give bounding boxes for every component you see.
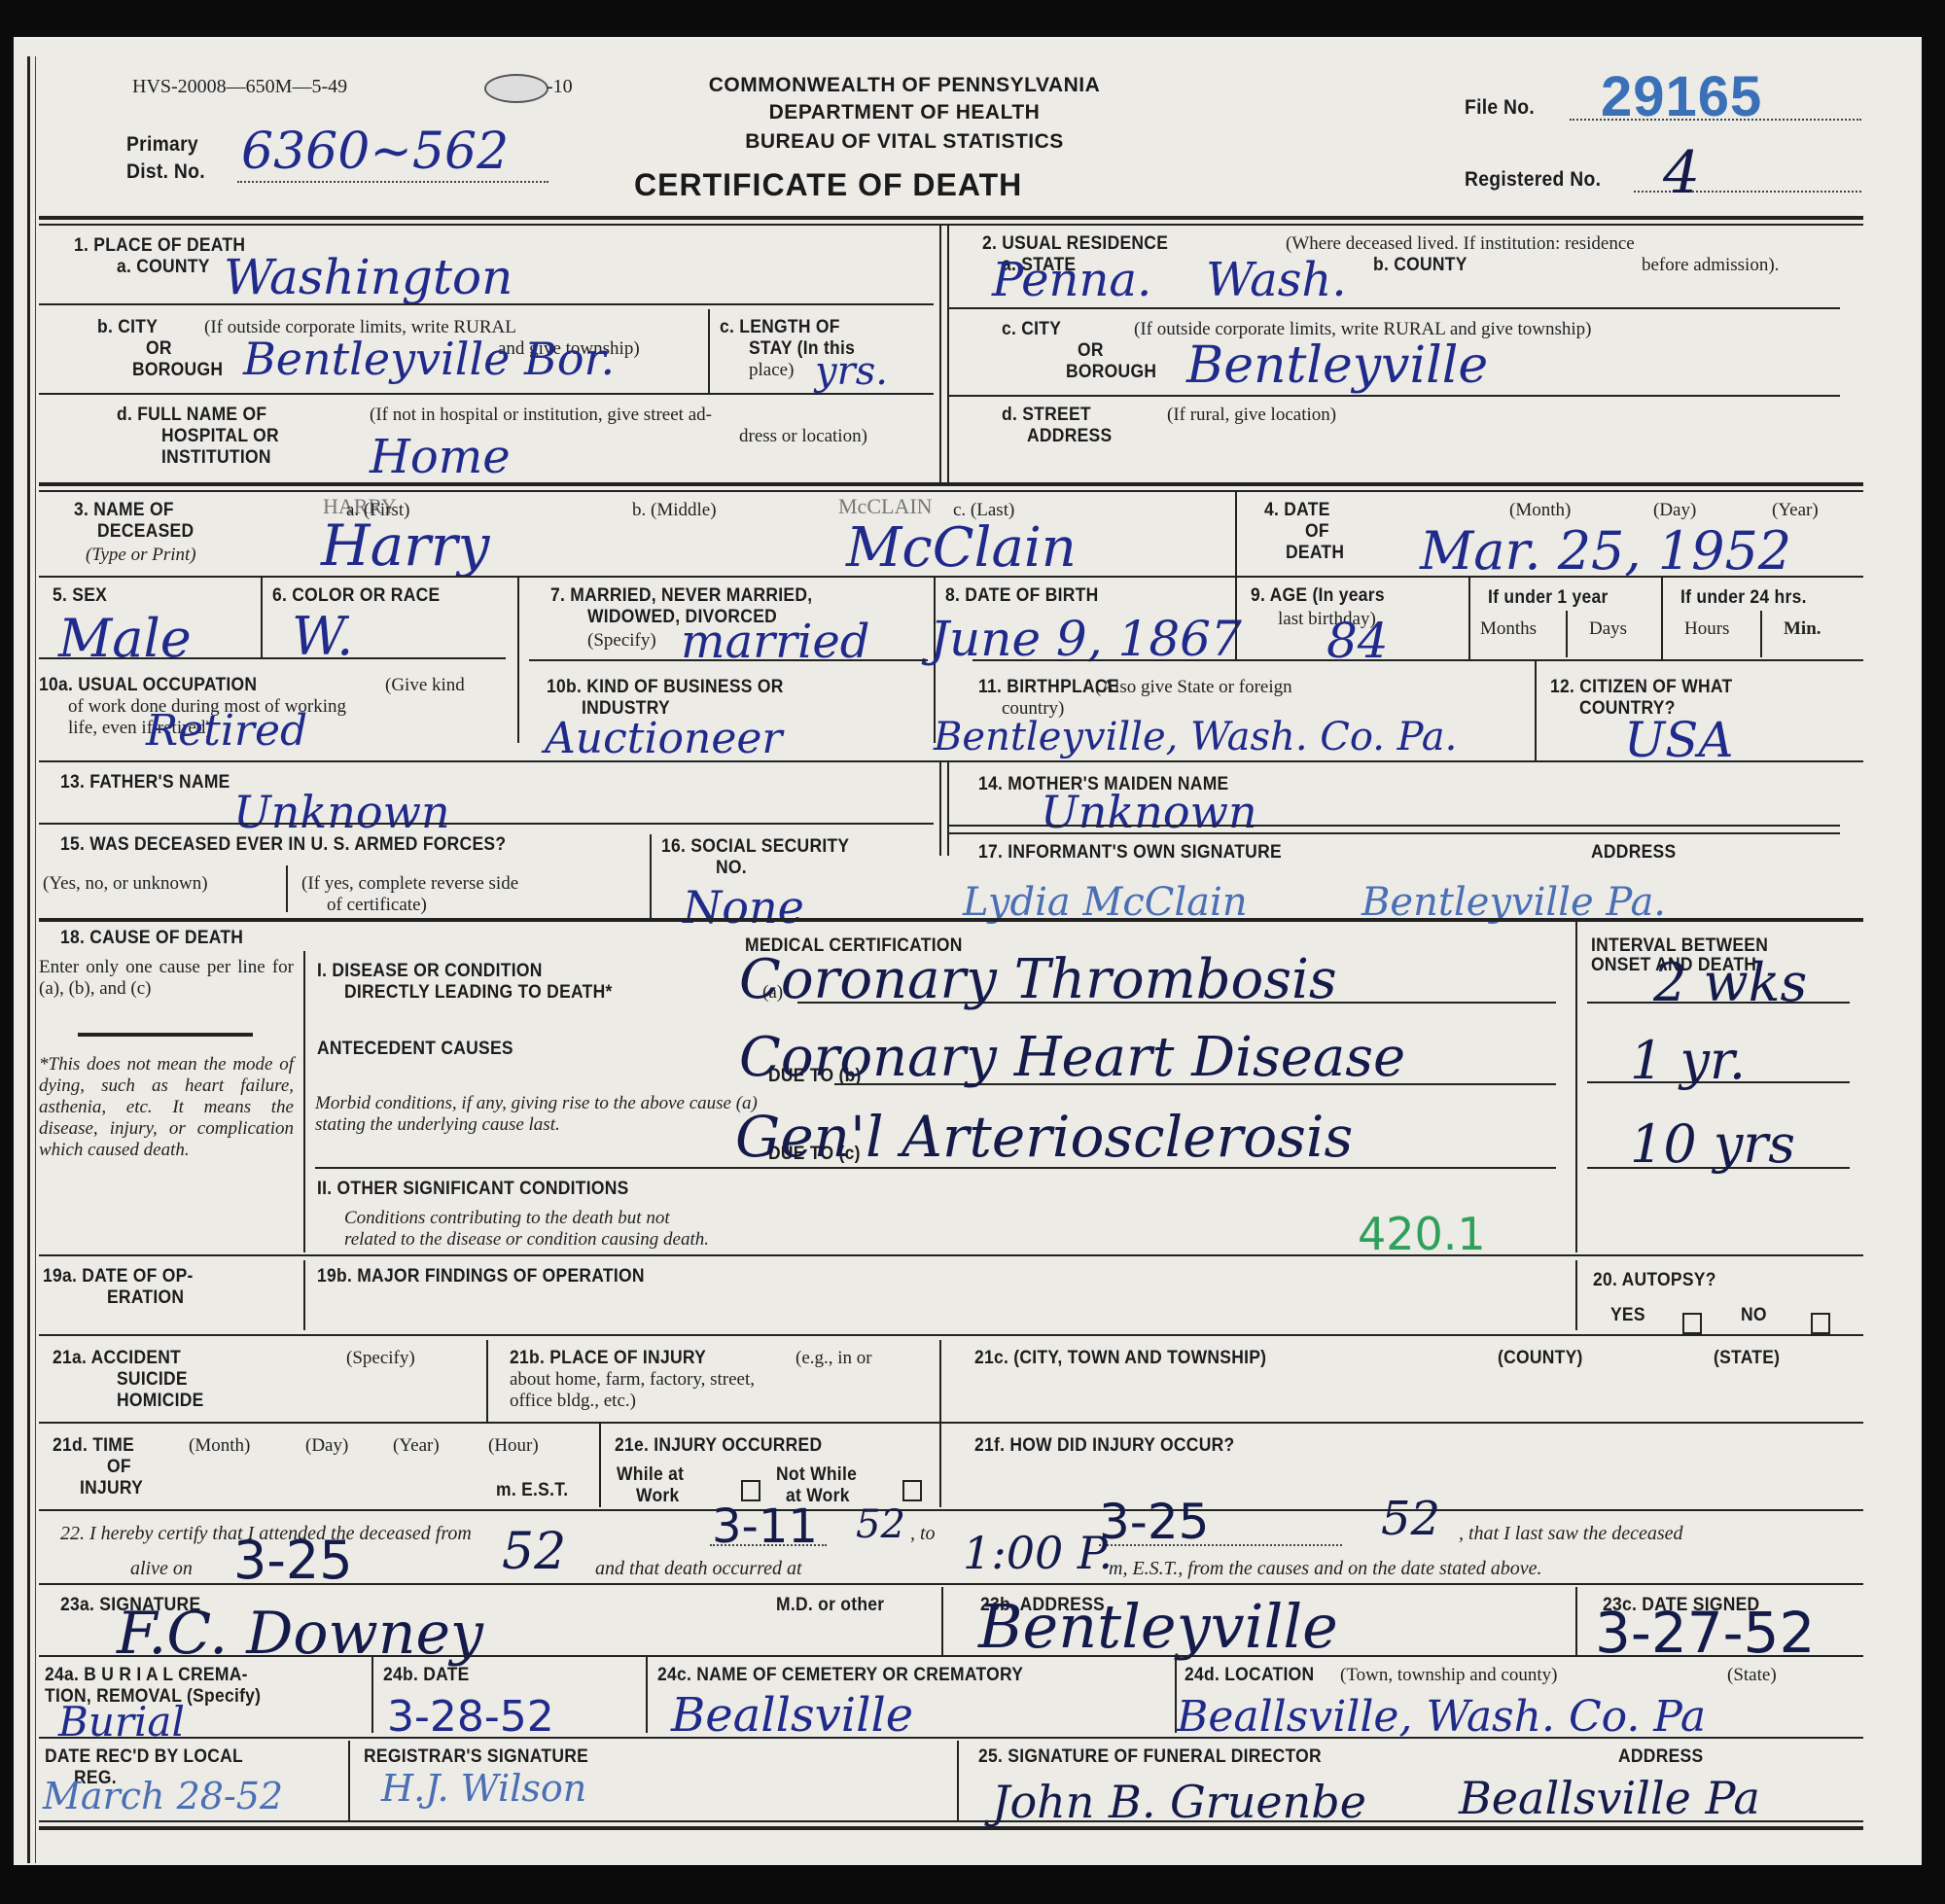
- rule: [949, 307, 1840, 309]
- res-county-label: b. COUNTY: [1373, 255, 1468, 276]
- left-border-inner: [35, 56, 36, 1863]
- marital-specify-label: (Specify): [587, 630, 656, 652]
- marital-label: 7. MARRIED, NEVER MARRIED,: [550, 585, 812, 607]
- date-received-label: DATE REC'D BY LOCAL: [45, 1746, 243, 1768]
- rule: [39, 823, 934, 825]
- operation-findings-label: 19b. MAJOR FINDINGS OF OPERATION: [317, 1266, 645, 1287]
- rule: [949, 395, 1840, 397]
- stay-label-3: place): [749, 360, 794, 381]
- antecedent-label: ANTECEDENT CAUSES: [317, 1039, 513, 1060]
- location-note: (Town, township and county): [1340, 1665, 1557, 1686]
- divider: [708, 309, 710, 393]
- father-label: 13. FATHER'S NAME: [60, 772, 230, 793]
- hospital-value: Home: [370, 434, 511, 480]
- alive-on-text: alive on: [130, 1558, 193, 1579]
- birth-date-label: 8. DATE OF BIRTH: [945, 585, 1099, 607]
- occupation-note: (Give kind: [385, 675, 465, 696]
- date-of-death-label-2: OF: [1305, 521, 1329, 543]
- operation-date-label: 19a. DATE OF OP-: [43, 1266, 194, 1287]
- under-1-year-label: If under 1 year: [1488, 587, 1609, 609]
- cause-label: 18. CAUSE OF DEATH: [60, 928, 243, 949]
- cert-to-text: , to: [910, 1523, 936, 1544]
- injury-time-label-3: INJURY: [80, 1478, 143, 1499]
- burial-type-label: 24a. B U R I A L CREMA-: [45, 1665, 248, 1686]
- ssn-label-2: NO.: [716, 858, 747, 879]
- attended-from-value: 3-11: [712, 1503, 818, 1550]
- cert-line-2-end: m, E.S.T., from the causes and on the da…: [1109, 1558, 1542, 1579]
- divider: [1235, 492, 1237, 578]
- injury-type-label-2: SUICIDE: [117, 1369, 188, 1391]
- divider: [646, 1657, 648, 1733]
- rule: [39, 1820, 1863, 1822]
- hospital-note: (If not in hospital or institution, give…: [370, 405, 712, 426]
- sex-label: 5. SEX: [53, 585, 107, 607]
- residence-note-2: before admission).: [1642, 255, 1779, 276]
- dist-underline: [237, 181, 548, 183]
- res-or-label: OR: [1078, 340, 1104, 362]
- injury-specify-label: (Specify): [346, 1348, 415, 1369]
- place-of-death-label: 1. PLACE OF DEATH: [74, 235, 245, 257]
- father-value: Unknown: [233, 790, 450, 834]
- registrar-signature-label: REGISTRAR'S SIGNATURE: [364, 1746, 588, 1768]
- name-label: 3. NAME OF: [74, 500, 174, 521]
- divider: [939, 226, 941, 484]
- first-name-value: Harry: [321, 517, 489, 574]
- age-value: 84: [1326, 617, 1389, 665]
- rule: [39, 576, 1863, 578]
- date-of-death-value: Mar. 25, 1952: [1420, 525, 1791, 578]
- injury-county-label: (COUNTY): [1498, 1348, 1583, 1369]
- registered-label: Registered No.: [1465, 169, 1601, 191]
- divider: [371, 1657, 373, 1733]
- section-ii-note: Conditions contributing to the death but…: [344, 1208, 670, 1229]
- birthplace-note: (Also give State or foreign: [1095, 677, 1292, 698]
- rule: [39, 1583, 1863, 1585]
- occupation-value: Retired: [146, 710, 307, 753]
- injury-type-label-3: HOMICIDE: [117, 1391, 204, 1412]
- injury-place-note-3: office bldg., etc.): [510, 1391, 636, 1412]
- date-signed-value: 3-27-52: [1595, 1604, 1815, 1661]
- birth-date-value: June 9, 1867: [930, 615, 1242, 663]
- physician-address-value: Bentleyville: [978, 1597, 1338, 1657]
- death-city-value: Bentleyville Bor.: [243, 336, 615, 381]
- physician-signature: F.C. Downey: [117, 1604, 483, 1663]
- while-at-work-checkbox[interactable]: [741, 1480, 760, 1501]
- armed-forces-note-2: (If yes, complete reverse side: [301, 873, 518, 895]
- date-of-death-label: 4. DATE: [1264, 500, 1330, 521]
- rule: [39, 1737, 1863, 1739]
- business-value: Auctioneer: [545, 718, 782, 760]
- informant-address-label: ADDRESS: [1591, 842, 1676, 864]
- birthplace-value: Bentleyville, Wash. Co. Pa.: [934, 718, 1457, 757]
- rule: [39, 224, 1863, 226]
- divider: [517, 578, 519, 743]
- hospital-label-2: HOSPITAL OR: [161, 426, 279, 447]
- county-label: a. COUNTY: [117, 257, 210, 278]
- stay-label: c. LENGTH OF: [720, 317, 840, 338]
- cert-line-1-end: , that I last saw the deceased: [1459, 1523, 1683, 1544]
- marital-value: married: [681, 618, 870, 665]
- funeral-director-signature: John B. Gruenbe: [992, 1780, 1366, 1824]
- location-value: Beallsville, Wash. Co. Pa: [1177, 1696, 1706, 1739]
- divider: [957, 1741, 959, 1822]
- rule: [949, 832, 1840, 834]
- section-ii-label: II. OTHER SIGNIFICANT CONDITIONS: [317, 1179, 629, 1200]
- divider: [947, 226, 949, 484]
- injury-place-note: (e.g., in or: [796, 1348, 872, 1369]
- section-i-label-2: DIRECTLY LEADING TO DEATH*: [344, 982, 613, 1004]
- injury-year-label: (Year): [393, 1435, 440, 1457]
- armed-forces-note: (Yes, no, or unknown): [43, 873, 208, 895]
- while-at-work-label-2: Work: [636, 1486, 679, 1507]
- burial-date-label: 24b. DATE: [383, 1665, 470, 1686]
- rule: [39, 393, 934, 395]
- last-name-value: McClain: [846, 521, 1077, 576]
- operation-date-label-2: ERATION: [107, 1287, 184, 1309]
- burial-date-value: 3-28-52: [387, 1696, 554, 1739]
- interval-c-value: 10 yrs: [1630, 1118, 1795, 1171]
- divider: [1760, 611, 1762, 657]
- city-or-label: OR: [146, 338, 172, 360]
- injury-occurred-label: 21e. INJURY OCCURRED: [615, 1435, 822, 1457]
- days-label: Days: [1589, 618, 1627, 640]
- funeral-address-label: ADDRESS: [1618, 1746, 1703, 1768]
- race-value: W.: [292, 611, 353, 663]
- attended-from-year: 52: [856, 1505, 905, 1544]
- ssn-value: None: [683, 885, 804, 930]
- divider: [1661, 578, 1663, 659]
- rule: [39, 1334, 1863, 1336]
- divider: [1575, 922, 1577, 1252]
- date-received-value: March 28-52: [43, 1778, 283, 1815]
- left-border: [27, 56, 30, 1863]
- rule: [39, 216, 1863, 220]
- divider: [650, 834, 652, 918]
- injury-hour-label: (Hour): [488, 1435, 539, 1457]
- while-at-work-label: While at: [617, 1464, 684, 1486]
- months-label: Months: [1480, 618, 1537, 640]
- injury-state-label: (STATE): [1714, 1348, 1780, 1369]
- rule: [39, 490, 1863, 492]
- street-label-2: ADDRESS: [1027, 426, 1112, 447]
- attended-to-year: 52: [1381, 1496, 1440, 1542]
- divider: [599, 1424, 601, 1507]
- file-label: File No.: [1465, 97, 1535, 119]
- min-label: Min.: [1784, 618, 1821, 640]
- hospital-label-3: INSTITUTION: [161, 447, 271, 469]
- injury-time-label: 21d. TIME: [53, 1435, 134, 1457]
- business-label: 10b. KIND OF BUSINESS OR: [547, 677, 784, 698]
- mother-value: Unknown: [1041, 790, 1257, 834]
- location-label: 24d. LOCATION: [1185, 1665, 1314, 1686]
- interval-a-value: 2 wks: [1653, 957, 1807, 1009]
- death-time-value: 1:00 P.: [963, 1531, 1113, 1575]
- informant-address-value: Bentleyville Pa.: [1361, 883, 1666, 922]
- divider: [1235, 578, 1237, 659]
- divider: [947, 762, 949, 856]
- hospital-label: d. FULL NAME OF: [117, 405, 266, 426]
- registered-number: 4: [1663, 144, 1700, 202]
- injury-day-label: (Day): [305, 1435, 348, 1457]
- not-while-at-work-checkbox[interactable]: [902, 1480, 922, 1501]
- not-while-at-work-label: Not While: [776, 1464, 857, 1486]
- injury-month-label: (Month): [189, 1435, 250, 1457]
- injury-time-label-2: OF: [107, 1457, 131, 1478]
- divider: [1575, 1260, 1577, 1330]
- autopsy-yes-checkbox[interactable]: [1682, 1313, 1702, 1334]
- rule: [39, 303, 934, 305]
- how-injury-label: 21f. HOW DID INJURY OCCUR?: [974, 1435, 1234, 1457]
- funeral-director-label: 25. SIGNATURE OF FUNERAL DIRECTOR: [978, 1746, 1322, 1768]
- name-label-2: DECEASED: [97, 521, 194, 543]
- md-or-other-label: M.D. or other: [776, 1595, 884, 1616]
- residence-note: (Where deceased lived. If institution: r…: [1286, 233, 1635, 255]
- rule: [39, 482, 1863, 486]
- autopsy-no-checkbox[interactable]: [1811, 1313, 1830, 1334]
- cause-code-stamp: 420.1: [1358, 1212, 1486, 1256]
- informant-label: 17. INFORMANT'S OWN SIGNATURE: [978, 842, 1282, 864]
- divider: [1468, 578, 1470, 659]
- section-ii-note-2: related to the disease or condition caus…: [344, 1229, 709, 1251]
- under-24-label: If under 24 hrs.: [1680, 587, 1807, 609]
- res-borough-label: BOROUGH: [1066, 362, 1156, 383]
- name-label-3: (Type or Print): [86, 545, 196, 566]
- ssn-label: 16. SOCIAL SECURITY: [661, 836, 849, 858]
- rule: [39, 918, 1863, 922]
- borough-label: BOROUGH: [132, 360, 223, 381]
- citizen-value: USA: [1624, 716, 1734, 764]
- residence-city-value: Bentleyville: [1186, 340, 1488, 391]
- hours-label: Hours: [1684, 618, 1729, 640]
- middle-name-label: b. (Middle): [632, 500, 717, 521]
- cause-c-value: Gen'l Arteriosclerosis: [735, 1109, 1353, 1165]
- location-state-label: (State): [1727, 1665, 1777, 1686]
- death-occurred-text: and that death occurred at: [595, 1558, 802, 1579]
- funeral-address-value: Beallsville Pa: [1459, 1776, 1760, 1820]
- interval-b-value: 1 yr.: [1630, 1035, 1746, 1087]
- alive-on-year: 52: [502, 1527, 566, 1577]
- cemetery-value: Beallsville: [671, 1692, 913, 1739]
- month-label: (Month): [1509, 500, 1571, 521]
- cemetery-label: 24c. NAME OF CEMETERY OR CREMATORY: [657, 1665, 1023, 1686]
- divider: [261, 578, 263, 659]
- cause-a-value: Coronary Thrombosis: [739, 953, 1337, 1007]
- injury-est-label: m. E.S.T.: [496, 1480, 568, 1501]
- hospital-note-2: dress or location): [739, 426, 867, 447]
- divider: [941, 1587, 943, 1655]
- rule: [39, 657, 506, 659]
- residence-state-value: Penna.: [992, 257, 1151, 303]
- armed-forces-label: 15. WAS DECEASED EVER IN U. S. ARMED FOR…: [60, 834, 506, 856]
- divider: [1566, 611, 1568, 657]
- res-city-label: c. CITY: [1002, 319, 1061, 340]
- header-line-1: COMMONWEALTH OF PENNSYLVANIA: [603, 74, 1206, 97]
- divider: [1535, 661, 1537, 762]
- informant-signature: Lydia McClain: [963, 883, 1248, 922]
- injury-place-label: 21b. PLACE OF INJURY: [510, 1348, 706, 1369]
- divider: [939, 1424, 941, 1507]
- year-label: (Year): [1772, 500, 1819, 521]
- armed-forces-note-3: of certificate): [327, 895, 427, 916]
- union-label-icon: [484, 74, 548, 103]
- divider: [939, 762, 941, 856]
- form-code: HVS-20008—650M—5-49: [132, 76, 347, 97]
- divider: [1575, 1587, 1577, 1655]
- rule: [39, 1655, 1863, 1657]
- dist-label: Dist. No.: [126, 161, 205, 183]
- divider: [939, 1340, 941, 1424]
- cause-b-value: Coronary Heart Disease: [739, 1031, 1405, 1085]
- morbid-note: Morbid conditions, if any, giving rise t…: [315, 1093, 801, 1136]
- autopsy-label: 20. AUTOPSY?: [1593, 1270, 1716, 1291]
- citizen-label: 12. CITIZEN OF WHAT: [1550, 677, 1732, 698]
- divider: [486, 1340, 488, 1424]
- occupation-label: 10a. USUAL OCCUPATION: [39, 675, 257, 696]
- rule: [972, 659, 1863, 661]
- form-suffix: -10: [547, 76, 573, 97]
- rule: [39, 760, 1863, 762]
- page-title: CERTIFICATE OF DEATH: [634, 167, 1022, 203]
- rule: [39, 1826, 1863, 1830]
- death-county-value: Washington: [224, 253, 513, 301]
- header-line-2: DEPARTMENT OF HEALTH: [603, 101, 1206, 124]
- injury-place-note-2: about home, farm, factory, street,: [510, 1369, 755, 1391]
- cause-footnote: *This does not mean the mode of dying, s…: [39, 1054, 294, 1161]
- autopsy-yes-label: YES: [1610, 1305, 1645, 1326]
- divider: [303, 1260, 305, 1330]
- day-label: (Day): [1653, 500, 1696, 521]
- section-i-label: I. DISEASE OR CONDITION: [317, 961, 543, 982]
- primary-label: Primary: [126, 134, 198, 156]
- last-name-typed: McCLAIN: [838, 496, 933, 517]
- alive-on-value: 3-25: [233, 1534, 353, 1587]
- residence-county-value: Wash.: [1206, 257, 1347, 303]
- cause-instructions: Enter only one cause per line for (a), (…: [39, 957, 294, 1000]
- autopsy-no-label: NO: [1741, 1305, 1767, 1326]
- rule: [39, 1422, 1863, 1424]
- street-note: (If rural, give location): [1167, 405, 1336, 426]
- date-of-death-label-3: DEATH: [1286, 543, 1344, 564]
- residence-label: 2. USUAL RESIDENCE: [982, 233, 1168, 255]
- header-line-3: BUREAU OF VITAL STATISTICS: [603, 130, 1206, 154]
- injury-type-label: 21a. ACCIDENT: [53, 1348, 181, 1369]
- age-label: 9. AGE (In years: [1251, 585, 1385, 607]
- divider: [348, 1741, 350, 1822]
- rule: [39, 1254, 1863, 1256]
- rule: [39, 1509, 1863, 1511]
- rule: [78, 1033, 253, 1037]
- rule: [949, 825, 1840, 827]
- file-number: 29165: [1601, 64, 1762, 129]
- divider: [303, 951, 305, 1252]
- dist-number: 6360~562: [241, 126, 509, 177]
- race-label: 6. COLOR OR RACE: [272, 585, 440, 607]
- stay-value: yrs.: [815, 352, 888, 391]
- city-label: b. CITY: [97, 317, 158, 338]
- rule: [529, 659, 928, 661]
- attended-to-value: 3-25: [1099, 1498, 1209, 1546]
- divider: [286, 865, 288, 912]
- street-label: d. STREET: [1002, 405, 1091, 426]
- injury-city-label: 21c. (CITY, TOWN AND TOWNSHIP): [974, 1348, 1266, 1369]
- registrar-signature: H.J. Wilson: [381, 1770, 586, 1807]
